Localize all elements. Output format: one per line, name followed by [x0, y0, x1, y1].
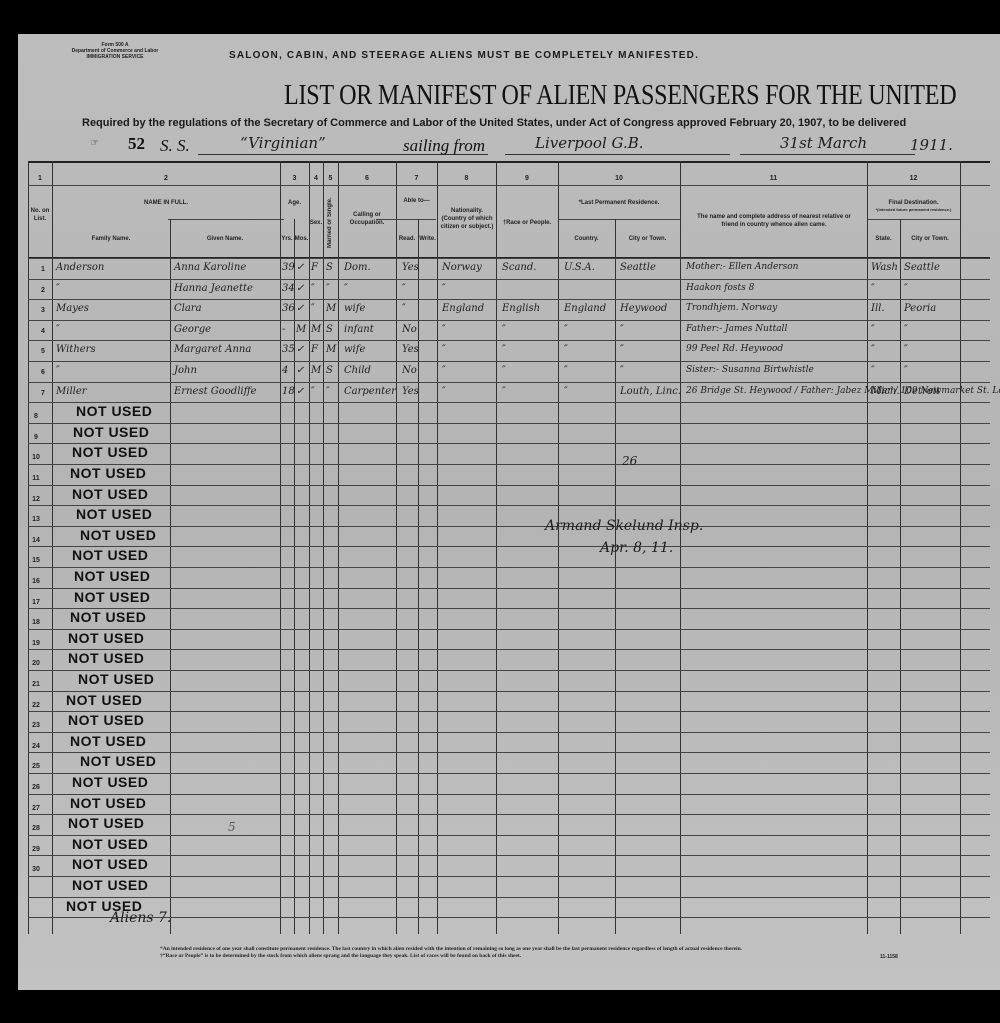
- occupation: wife: [344, 344, 365, 355]
- not-used-stamp: NOT USED: [72, 774, 148, 790]
- not-used-stamp: NOT USED: [70, 795, 146, 811]
- header-able-to: Able to—: [396, 197, 437, 205]
- row-number: 22: [31, 702, 41, 709]
- row-number: 9: [31, 434, 41, 441]
- col-num-3: 3: [280, 175, 309, 182]
- header-mos: Mos.: [294, 235, 309, 243]
- nationality: ″: [442, 283, 446, 294]
- header-married-or-single: Married or Single.: [326, 191, 336, 255]
- age-months: ✓: [296, 365, 304, 376]
- row-number: 11: [31, 475, 41, 482]
- page-title: LIST OR MANIFEST OF ALIEN PASSENGERS FOR…: [284, 80, 956, 112]
- row-number: 6: [38, 369, 48, 376]
- read-write: No: [402, 324, 417, 335]
- not-used-stamp: NOT USED: [78, 671, 154, 687]
- city: ″: [620, 344, 624, 355]
- not-used-stamp: NOT USED: [76, 506, 152, 522]
- occupation: Carpenter: [344, 386, 396, 397]
- nationality: ″: [442, 344, 446, 355]
- destination-state: ″: [871, 365, 875, 376]
- header-no-on-list: No. on List.: [28, 207, 52, 223]
- marital-status: M: [326, 344, 336, 355]
- footnote-race: †“Race or People” is to be determined by…: [160, 953, 742, 960]
- destination-city: ″: [904, 344, 908, 355]
- country: U.S.A.: [564, 262, 595, 273]
- age-months: ✓: [296, 283, 304, 294]
- sex: ″: [311, 283, 315, 294]
- nearest-relative: Trondhjem. Norway: [686, 303, 777, 313]
- family-name: ″: [56, 365, 60, 376]
- header-family-name: Family Name.: [52, 235, 170, 243]
- country: ″: [564, 386, 568, 397]
- row-number: 12: [31, 496, 41, 503]
- occupation: Child: [344, 365, 371, 376]
- row-number: 16: [31, 578, 41, 585]
- sex: M: [311, 324, 321, 335]
- given-name: George: [174, 324, 211, 335]
- ship-line: ☞ 52 S. S. “Virginian” sailing from Live…: [90, 134, 960, 158]
- inspector-signature: Armand Skelund Insp.: [545, 518, 703, 534]
- destination-city: Detroit: [904, 386, 940, 397]
- age-months: M: [296, 324, 306, 335]
- form-identifier: Form 500 A Department of Commerce and La…: [60, 42, 170, 60]
- row-number: 27: [31, 805, 41, 812]
- not-used-stamp: NOT USED: [72, 486, 148, 502]
- not-used-stamp: NOT USED: [73, 424, 149, 440]
- nationality: ″: [442, 386, 446, 397]
- race: ″: [502, 324, 506, 335]
- not-used-stamp: NOT USED: [70, 733, 146, 749]
- given-name: Clara: [174, 303, 202, 314]
- sex: F: [311, 262, 318, 273]
- read-write: Yes: [402, 262, 419, 273]
- header-final-destination: Final Destination.: [867, 199, 960, 207]
- row-number: 5: [38, 348, 48, 355]
- row-number: 28: [31, 825, 41, 832]
- row-number: 8: [31, 413, 41, 420]
- header-read: Read.: [396, 235, 418, 243]
- header-name-in-full: NAME IN FULL.: [52, 199, 280, 207]
- destination-state: ″: [871, 324, 875, 335]
- row-number: 19: [31, 640, 41, 647]
- not-used-stamp: NOT USED: [68, 650, 144, 666]
- header-age: Age.: [280, 199, 309, 207]
- given-name: Anna Karoline: [174, 262, 246, 273]
- header-last-residence: *Last Permanent Residence.: [558, 199, 680, 207]
- header-country: Country.: [558, 235, 615, 243]
- sex: ″: [311, 386, 315, 397]
- row-number: 2: [38, 287, 48, 294]
- nationality: ″: [442, 324, 446, 335]
- sex: F: [311, 344, 318, 355]
- col-num-11: 11: [680, 175, 867, 182]
- city: ″: [620, 365, 624, 376]
- not-used-stamp: NOT USED: [70, 609, 146, 625]
- read-write: ″: [402, 303, 406, 314]
- family-name: Miller: [56, 386, 87, 397]
- not-used-stamp: NOT USED: [74, 568, 150, 584]
- age-months: ✓: [296, 386, 304, 397]
- row-number: 26: [31, 784, 41, 791]
- row-number: 30: [31, 866, 41, 873]
- pointer-icon: ☞: [90, 138, 99, 149]
- age-years: 18: [282, 386, 295, 397]
- occupation: ″: [344, 283, 348, 294]
- race: English: [502, 303, 540, 314]
- row-number: 10: [31, 454, 41, 461]
- departure-year: 1911.: [910, 136, 953, 154]
- col-num-12: 12: [867, 175, 960, 182]
- destination-state: ″: [871, 283, 875, 294]
- col-num-9: 9: [496, 175, 558, 182]
- header-race: †Race or People.: [496, 219, 558, 227]
- country: ″: [564, 324, 568, 335]
- row-number: 14: [31, 537, 41, 544]
- not-used-stamp: NOT USED: [68, 712, 144, 728]
- col-num-7: 7: [396, 175, 437, 182]
- country: ″: [564, 365, 568, 376]
- margin-note: 5: [228, 820, 236, 834]
- given-name: Ernest Goodliffe: [174, 386, 257, 397]
- ss-label: S. S.: [160, 136, 190, 156]
- col-num-5: 5: [323, 175, 338, 182]
- row-number: 20: [31, 660, 41, 667]
- col-num-6: 6: [338, 175, 396, 182]
- header-nationality: Nationality. (Country of which citizen o…: [439, 207, 495, 231]
- not-used-stamp: NOT USED: [72, 856, 148, 872]
- destination-state: Ill.: [871, 303, 885, 314]
- row-number: 13: [31, 516, 41, 523]
- nationality: Norway: [442, 262, 482, 273]
- read-write: Yes: [402, 386, 419, 397]
- destination-state: Mich.: [871, 386, 900, 397]
- row-number: 3: [38, 307, 48, 314]
- given-name: John: [174, 365, 197, 376]
- read-write: ″: [402, 283, 406, 294]
- sheet-number: 52: [128, 134, 145, 154]
- marital-status: S: [326, 365, 333, 376]
- age-months: ✓: [296, 262, 304, 273]
- race: Scand.: [502, 262, 536, 273]
- not-used-stamp: NOT USED: [76, 403, 152, 419]
- col-num-2: 2: [52, 175, 280, 182]
- col-num-4: 4: [309, 175, 323, 182]
- city: Louth, Linc.: [620, 386, 681, 397]
- age-months: ✓: [296, 303, 304, 314]
- destination-state: ″: [871, 344, 875, 355]
- read-write: Yes: [402, 344, 419, 355]
- row-number: 18: [31, 619, 41, 626]
- age-months: ✓: [296, 344, 304, 355]
- destination-state: Wash: [871, 262, 898, 273]
- departure-date: 31st March: [780, 134, 867, 152]
- nearest-relative: Sister:- Susanna Birtwhistle: [686, 365, 814, 375]
- age-years: -: [282, 324, 285, 335]
- race: ″: [502, 365, 506, 376]
- header-nearest-relative: The name and complete address of nearest…: [688, 213, 860, 229]
- not-used-stamp: NOT USED: [74, 589, 150, 605]
- country: ″: [564, 344, 568, 355]
- nationality: ″: [442, 365, 446, 376]
- nearest-relative: 26 Bridge St. Heywood / Father: Jabez Mi…: [686, 386, 1000, 396]
- nearest-relative: Mother:- Ellen Anderson: [686, 262, 798, 272]
- nearest-relative: Father:- James Nuttall: [686, 324, 787, 334]
- header-dest-city: City or Town.: [900, 235, 960, 243]
- subtitle: Required by the regulations of the Secre…: [82, 117, 906, 129]
- marital-status: M: [326, 303, 336, 314]
- footnote-residence: *An intended residence of one year shall…: [160, 946, 742, 953]
- age-years: 34: [282, 283, 295, 294]
- race: ″: [502, 386, 506, 397]
- row-number: 25: [31, 763, 41, 770]
- nationality: England: [442, 303, 484, 314]
- family-name: Mayes: [56, 303, 89, 314]
- not-used-stamp: NOT USED: [80, 527, 156, 543]
- header-state: State.: [867, 235, 900, 243]
- family-name: ″: [56, 324, 60, 335]
- occupation: wife: [344, 303, 365, 314]
- header-city: City or Town.: [615, 235, 680, 243]
- service-name: IMMIGRATION SERVICE: [60, 54, 170, 60]
- col-num-1: 1: [28, 175, 52, 182]
- row-number: 15: [31, 557, 41, 564]
- row-number: 7: [38, 390, 48, 397]
- header-given-name: Given Name.: [170, 235, 280, 243]
- age-years: 35: [282, 344, 295, 355]
- nearest-relative: 99 Peel Rd. Heywood: [686, 344, 783, 354]
- family-name: Anderson: [56, 262, 104, 273]
- city: ″: [620, 324, 624, 335]
- departure-port: Liverpool G.B.: [535, 134, 644, 152]
- header-yrs: Yrs.: [280, 235, 294, 243]
- row-number: 23: [31, 722, 41, 729]
- family-name: Withers: [56, 344, 96, 355]
- not-used-stamp: NOT USED: [80, 753, 156, 769]
- footnotes: *An intended residence of one year shall…: [160, 946, 742, 960]
- destination-city: ″: [904, 365, 908, 376]
- not-used-stamp: NOT USED: [68, 815, 144, 831]
- row-number: 24: [31, 743, 41, 750]
- destination-city: ″: [904, 283, 908, 294]
- header-sex: Sex.: [309, 219, 323, 227]
- sex: M: [311, 365, 321, 376]
- destination-city: Peoria: [904, 303, 936, 314]
- read-write: No: [402, 365, 417, 376]
- age-years: 36: [282, 303, 295, 314]
- header-final-destination-note: *(Intended future permanent residence.): [867, 207, 960, 212]
- not-used-stamp: NOT USED: [72, 547, 148, 563]
- row-number: 1: [38, 266, 48, 273]
- not-used-stamp: NOT USED: [70, 465, 146, 481]
- banner-text: SALOON, CABIN, AND STEERAGE ALIENS MUST …: [229, 50, 699, 61]
- page-count-note: 26: [622, 454, 637, 468]
- ship-name: “Virginian”: [240, 134, 326, 152]
- footer-code: 11-1158: [880, 954, 898, 960]
- row-number: 17: [31, 599, 41, 606]
- given-name: Margaret Anna: [174, 344, 251, 355]
- row-number: 29: [31, 846, 41, 853]
- not-used-stamp: NOT USED: [72, 444, 148, 460]
- city: Heywood: [620, 303, 667, 314]
- col-num-10: 10: [558, 175, 680, 182]
- marital-status: S: [326, 324, 333, 335]
- nearest-relative: Haakon fosts 8: [686, 283, 754, 293]
- col-num-8: 8: [437, 175, 496, 182]
- sailing-from-label: sailing from: [403, 136, 485, 156]
- header-calling: Calling or Occupation.: [340, 211, 394, 227]
- row-number: 21: [31, 681, 41, 688]
- destination-city: ″: [904, 324, 908, 335]
- family-name: ″: [56, 283, 60, 294]
- not-used-stamp: NOT USED: [72, 836, 148, 852]
- manifest-table: 1 2 3 4 5 6 7 8 9 10 11 12 No. on List. …: [28, 161, 990, 934]
- not-used-stamp: NOT USED: [72, 877, 148, 893]
- marital-status: S: [326, 262, 333, 273]
- city: Seattle: [620, 262, 656, 273]
- marital-status: ″: [326, 283, 330, 294]
- marital-status: ″: [326, 386, 330, 397]
- age-years: 39: [282, 262, 295, 273]
- row-number: 4: [38, 328, 48, 335]
- race: ″: [502, 344, 506, 355]
- given-name: Hanna Jeanette: [174, 283, 253, 294]
- destination-city: Seattle: [904, 262, 940, 273]
- inspector-date: Apr. 8, 11.: [600, 540, 673, 556]
- occupation: infant: [344, 324, 374, 335]
- header-write: Write.: [418, 235, 437, 243]
- not-used-stamp: NOT USED: [68, 630, 144, 646]
- aliens-count-note: Aliens 7.: [110, 910, 171, 926]
- occupation: Dom.: [344, 262, 371, 273]
- not-used-stamp: NOT USED: [66, 692, 142, 708]
- age-years: 4: [282, 365, 288, 376]
- country: England: [564, 303, 606, 314]
- sex: ″: [311, 303, 315, 314]
